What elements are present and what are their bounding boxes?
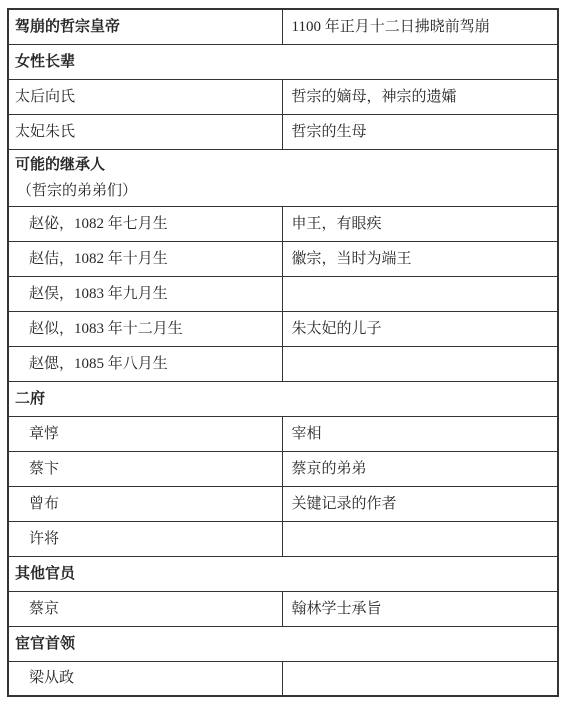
description-cell: 哲宗的生母 [283,122,558,142]
section-header-row: 女性长辈 [8,44,558,79]
table-row: 蔡京翰林学士承旨 [8,591,558,626]
section-title: 可能的继承人 [9,151,557,178]
person-name-cell: 太妃朱氏 [9,122,282,142]
section-subtitle: （哲宗的弟弟们） [9,178,557,204]
section-header-row: 二府 [8,381,558,416]
description-cell: 蔡京的弟弟 [283,459,558,479]
table-row: 驾崩的哲宗皇帝1100 年正月十二日拂晓前驾崩 [8,9,558,44]
table-row: 蔡卞蔡京的弟弟 [8,451,558,486]
table-row: 章惇宰相 [8,416,558,451]
table-row: 赵佖，1082 年七月生申王，有眼疾 [8,206,558,241]
person-name-cell: 蔡京 [9,599,282,619]
description-cell: 哲宗的嫡母，神宗的遗孀 [283,87,558,107]
person-name-cell: 蔡卞 [9,459,282,479]
table-row: 曾布关键记录的作者 [8,486,558,521]
section-title: 二府 [9,389,557,409]
person-name-cell: 太后向氏 [9,87,282,107]
table-row: 赵佶，1082 年十月生徽宗，当时为端王 [8,241,558,276]
section-header-row: 可能的继承人（哲宗的弟弟们） [8,149,558,206]
table-body: 驾崩的哲宗皇帝1100 年正月十二日拂晓前驾崩女性长辈太后向氏哲宗的嫡母，神宗的… [8,9,558,696]
person-name-cell: 驾崩的哲宗皇帝 [9,17,282,37]
description-cell: 宰相 [283,424,558,444]
person-name-cell: 赵偲，1085 年八月生 [9,354,282,374]
table-row: 太后向氏哲宗的嫡母，神宗的遗孀 [8,79,558,114]
description-cell: 翰林学士承旨 [283,599,558,619]
table-row: 梁从政 [8,661,558,696]
person-name-cell: 曾布 [9,494,282,514]
table-row: 赵偲，1085 年八月生 [8,346,558,381]
table-row: 赵似，1083 年十二月生朱太妃的儿子 [8,311,558,346]
section-header-row: 其他官员 [8,556,558,591]
section-title: 女性长辈 [9,52,557,72]
person-name-cell: 赵似，1083 年十二月生 [9,319,282,339]
person-name-cell: 赵佖，1082 年七月生 [9,214,282,234]
description-cell: 朱太妃的儿子 [283,319,558,339]
document-page: 驾崩的哲宗皇帝1100 年正月十二日拂晓前驾崩女性长辈太后向氏哲宗的嫡母，神宗的… [0,0,563,709]
succession-table: 驾崩的哲宗皇帝1100 年正月十二日拂晓前驾崩女性长辈太后向氏哲宗的嫡母，神宗的… [7,8,559,697]
table-row: 赵俣，1083 年九月生 [8,276,558,311]
person-name-cell: 章惇 [9,424,282,444]
person-name-cell: 赵俣，1083 年九月生 [9,284,282,304]
person-name-cell: 许将 [9,529,282,549]
person-name-cell: 梁从政 [9,668,282,688]
description-cell: 徽宗，当时为端王 [283,249,558,269]
description-cell: 申王，有眼疾 [283,214,558,234]
description-cell: 1100 年正月十二日拂晓前驾崩 [283,17,558,37]
section-header-row: 宦官首领 [8,626,558,661]
section-title: 宦官首领 [9,634,557,654]
section-title: 其他官员 [9,564,557,584]
description-cell: 关键记录的作者 [283,494,558,514]
table-row: 许将 [8,521,558,556]
person-name-cell: 赵佶，1082 年十月生 [9,249,282,269]
table-row: 太妃朱氏哲宗的生母 [8,114,558,149]
